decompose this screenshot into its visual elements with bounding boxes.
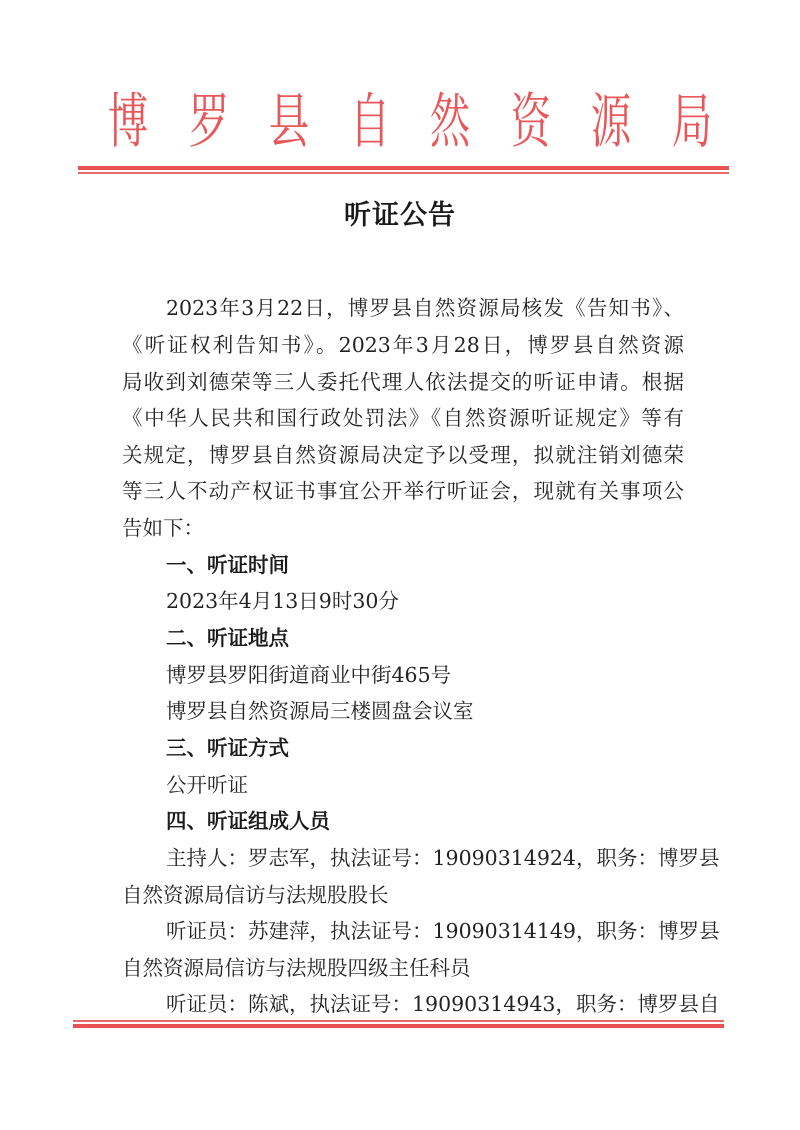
section-heading-time: 一、听证时间 (166, 550, 684, 580)
section-heading-method: 三、听证方式 (166, 733, 684, 763)
org-name-char: 自 (344, 93, 396, 152)
footer-divider-thick (73, 1024, 724, 1028)
personnel-line: 自然资源局信访与法规股股长 (122, 880, 684, 910)
section-heading-personnel: 四、听证组成人员 (166, 806, 684, 836)
org-name-char: 资 (505, 93, 557, 152)
body-line: 等三人不动产权证书事宜公开举行听证会，现就有关事项公 (122, 476, 684, 506)
hearing-time: 2023年4月13日9时30分 (166, 586, 684, 616)
body-line: 《中华人民共和国行政处罚法》《自然资源听证规定》等有 (122, 403, 684, 433)
org-name-char: 源 (586, 93, 638, 152)
hearing-method: 公开听证 (166, 770, 684, 800)
header-divider-thick (78, 166, 729, 170)
body-line: 关规定，博罗县自然资源局决定予以受理，拟就注销刘德荣 (122, 440, 684, 470)
footer-divider-thin (73, 1020, 724, 1022)
personnel-line: 自然资源局信访与法规股四级主任科员 (122, 953, 684, 983)
body-line: 2023年3月22日，博罗县自然资源局核发《告知书》、 (166, 293, 684, 323)
org-name-char: 然 (424, 93, 476, 152)
header-divider-thin (78, 172, 729, 174)
hearing-room: 博罗县自然资源局三楼圆盘会议室 (166, 696, 684, 726)
body-line: 告如下： (122, 513, 684, 543)
org-name-char: 局 (666, 93, 718, 152)
personnel-line: 主持人：罗志军，执法证号：19090314924，职务：博罗县 (166, 843, 684, 873)
org-name-masthead: 博 罗 县 自 然 资 源 局 (100, 88, 720, 158)
org-name-char: 罗 (183, 93, 235, 152)
body-line: 《听证权利告知书》。2023年3月28日，博罗县自然资源 (122, 330, 684, 360)
document-title: 听证公告 (0, 193, 800, 232)
org-name-char: 县 (263, 93, 315, 152)
body-line: 局收到刘德荣等三人委托代理人依法提交的听证申请。根据 (122, 367, 684, 397)
personnel-line: 听证员：陈斌，执法证号：19090314943，职务：博罗县自 (166, 989, 684, 1019)
personnel-line: 听证员：苏建萍，执法证号：19090314149，职务：博罗县 (166, 916, 684, 946)
hearing-address: 博罗县罗阳街道商业中街465号 (166, 660, 684, 690)
org-name-char: 博 (102, 93, 154, 152)
section-heading-location: 二、听证地点 (166, 623, 684, 653)
